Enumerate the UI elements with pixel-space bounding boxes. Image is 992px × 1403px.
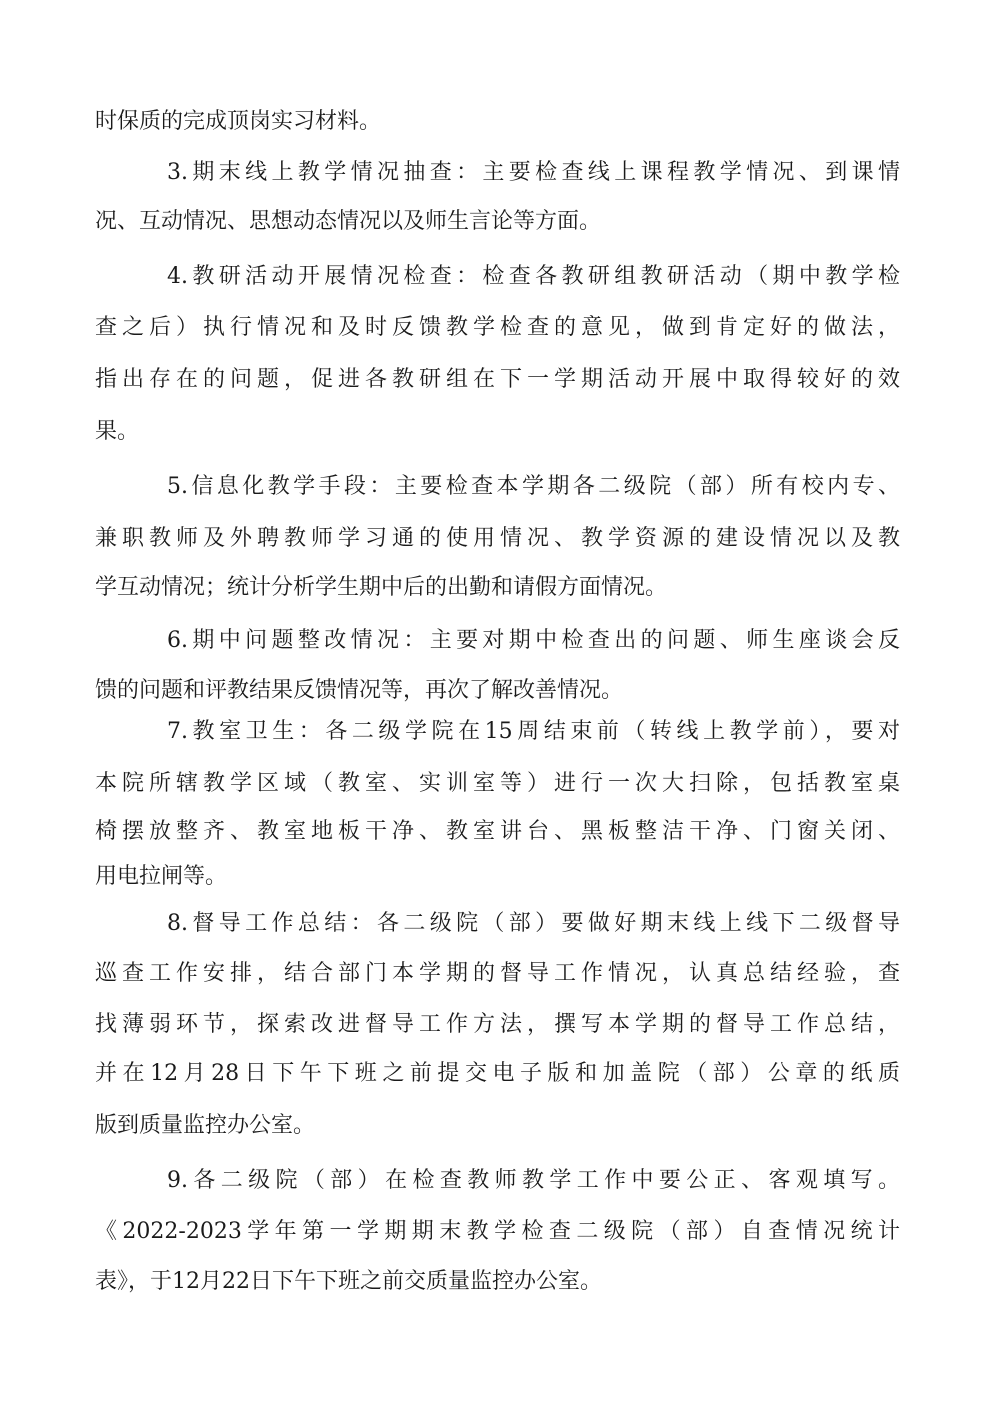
text-line-item-6: 6.期中问题整改情况：主要对期中检查出的问题、师生座谈会反 (167, 623, 900, 659)
text-line-item-9: 9.各二级院（部）在检查教师教学工作中要公正、客观填写。 (167, 1163, 900, 1199)
text-line: 版到质量监控办公室。 (95, 1108, 315, 1144)
text-line: 况、互动情况、思想动态情况以及师生言论等方面。 (95, 204, 601, 240)
text-line: 馈的问题和评教结果反馈情况等，再次了解改善情况。 (95, 673, 623, 709)
text-line: 找薄弱环节，探索改进督导工作方法，撰写本学期的督导工作总结， (95, 1007, 900, 1043)
text-line: 用电拉闸等。 (95, 859, 227, 895)
text-line-item-3: 3.期末线上教学情况抽查：主要检查线上课程教学情况、到课情 (167, 155, 900, 191)
text-line: 兼职教师及外聘教师学习通的使用情况、教学资源的建设情况以及教 (95, 521, 900, 557)
text-line: 《2022-2023学年第一学期期末教学检查二级院（部）自查情况统计 (95, 1214, 900, 1250)
text-line: 学互动情况；统计分析学生期中后的出勤和请假方面情况。 (95, 570, 667, 606)
text-line: 本院所辖教学区域（教室、实训室等）进行一次大扫除，包括教室桌 (95, 766, 900, 802)
text-line-item-4: 4.教研活动开展情况检查：检查各教研组教研活动（期中教学检 (167, 259, 900, 295)
text-line-item-7: 7.教室卫生：各二级学院在15周结束前（转线上教学前），要对 (167, 714, 900, 750)
text-line: 表》，于12月22日下午下班之前交质量监控办公室。 (95, 1264, 602, 1300)
text-line-item-5: 5.信息化教学手段：主要检查本学期各二级院（部）所有校内专、 (167, 469, 900, 505)
text-line: 指出存在的问题，促进各教研组在下一学期活动开展中取得较好的效 (95, 362, 900, 398)
text-line: 查之后）执行情况和及时反馈教学检查的意见，做到肯定好的做法， (95, 310, 900, 346)
text-line-item-8: 8.督导工作总结：各二级院（部）要做好期末线上线下二级督导 (167, 906, 900, 942)
text-line: 果。 (95, 414, 139, 450)
text-line: 并在12月28日下午下班之前提交电子版和加盖院（部）公章的纸质 (95, 1056, 900, 1092)
text-line: 时保质的完成顶岗实习材料。 (95, 104, 381, 140)
text-line: 巡查工作安排，结合部门本学期的督导工作情况，认真总结经验，查 (95, 956, 900, 992)
text-line: 椅摆放整齐、教室地板干净、教室讲台、黑板整洁干净、门窗关闭、 (95, 814, 900, 850)
